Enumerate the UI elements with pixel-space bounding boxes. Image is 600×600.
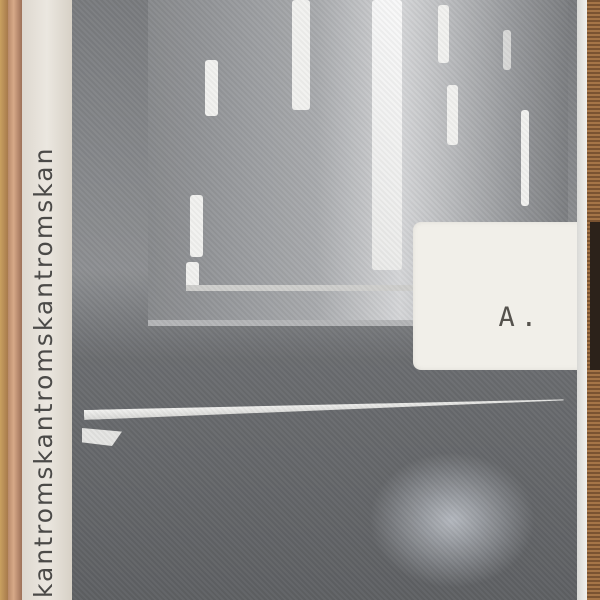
case-right-edge-shadow xyxy=(590,222,600,370)
window-slit xyxy=(292,0,310,110)
light-beam xyxy=(372,0,402,270)
wall-ledge xyxy=(186,285,416,291)
case-hinge-rail xyxy=(8,0,22,600)
window-slit xyxy=(205,60,218,116)
case-right-strip xyxy=(577,0,587,600)
window-slit xyxy=(503,30,511,70)
window-slit xyxy=(438,5,449,63)
window-slit xyxy=(521,110,529,206)
spine-text: kantromskantromskantromskan xyxy=(22,0,72,600)
window-slit xyxy=(447,85,458,145)
side-label-text: A. xyxy=(498,302,543,333)
window-slit xyxy=(190,195,203,257)
spine-text-container: kantromskantromskantromskan xyxy=(22,0,72,600)
side-label-sticker: A. xyxy=(413,222,595,370)
case-left-edge xyxy=(0,0,8,600)
